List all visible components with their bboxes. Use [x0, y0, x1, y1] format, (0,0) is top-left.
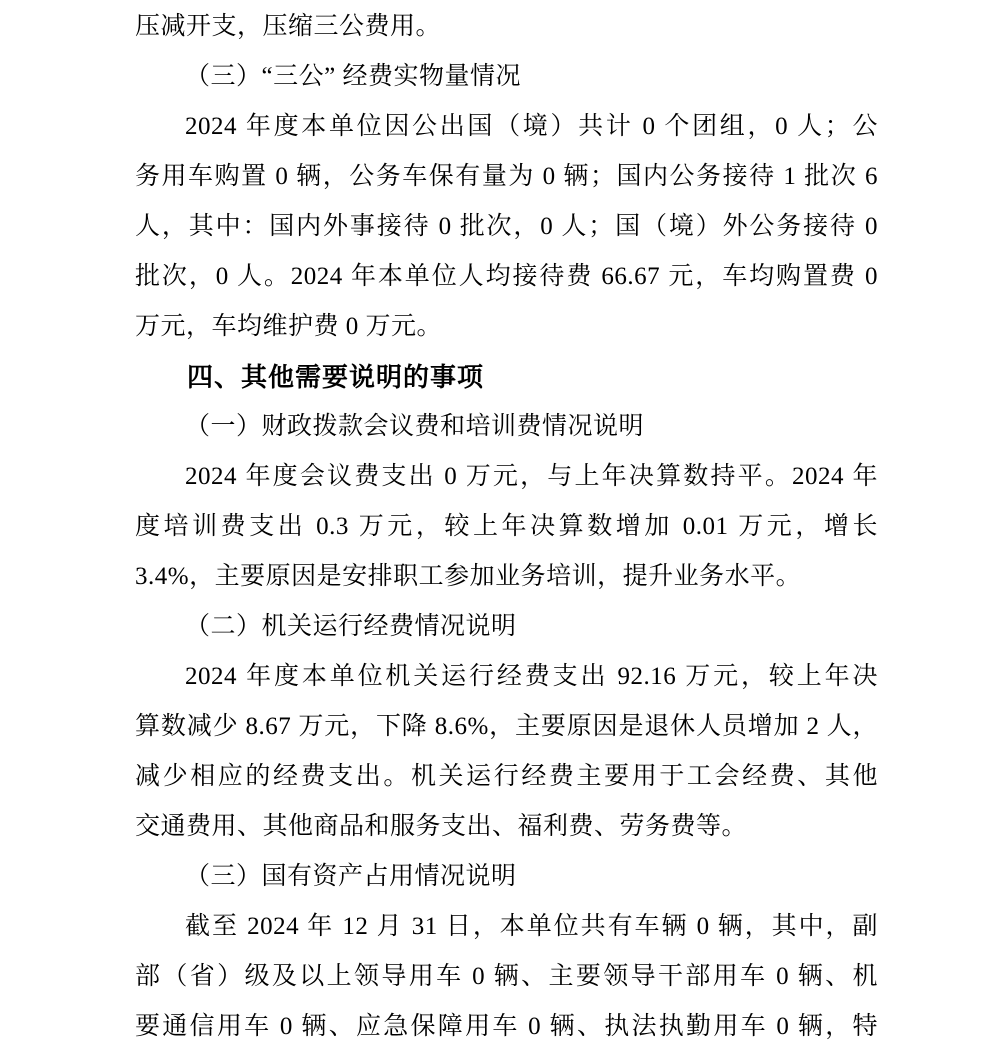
subsection-heading-agency-operating-funds: （二）机关运行经费情况说明	[135, 602, 878, 652]
document-page: 压减开支，压缩三公费用。 （三）“三公” 经费实物量情况 2024 年度本单位因…	[0, 0, 1000, 1059]
body-text-line: 度培训费支出 0.3 万元，较上年决算数增加 0.01 万元，增长	[135, 502, 878, 552]
section-heading-other-matters: 四、其他需要说明的事项	[135, 352, 878, 402]
paragraph-tail-line: 压减开支，压缩三公费用。	[135, 2, 878, 52]
document-text-block: 压减开支，压缩三公费用。 （三）“三公” 经费实物量情况 2024 年度本单位因…	[135, 2, 878, 1052]
body-text-line: 人，其中：国内外事接待 0 批次，0 人；国（境）外公务接待 0	[135, 202, 878, 252]
body-text-line: 2024 年度会议费支出 0 万元，与上年决算数持平。2024 年	[135, 452, 878, 502]
paragraph-tail-line: 万元，车均维护费 0 万元。	[135, 302, 878, 352]
body-text-line: 2024 年度本单位机关运行经费支出 92.16 万元，较上年决	[135, 652, 878, 702]
body-text-line: 批次，0 人。2024 年本单位人均接待费 66.67 元，车均购置费 0	[135, 252, 878, 302]
body-text-line: 务用车购置 0 辆，公务车保有量为 0 辆；国内公务接待 1 批次 6	[135, 152, 878, 202]
subsection-heading-meeting-training-fees: （一）财政拨款会议费和培训费情况说明	[135, 402, 878, 452]
subsection-heading-sangong-physical: （三）“三公” 经费实物量情况	[135, 52, 878, 102]
body-text-line: 减少相应的经费支出。机关运行经费主要用于工会经费、其他	[135, 752, 878, 802]
body-text-line: 要通信用车 0 辆、应急保障用车 0 辆、执法执勤用车 0 辆，特	[135, 1002, 878, 1052]
body-text-line: 算数减少 8.67 万元，下降 8.6%，主要原因是退休人员增加 2 人，	[135, 702, 878, 752]
body-text-line: 2024 年度本单位因公出国（境）共计 0 个团组，0 人；公	[135, 102, 878, 152]
paragraph-tail-line: 交通费用、其他商品和服务支出、福利费、劳务费等。	[135, 802, 878, 852]
body-text-line: 截至 2024 年 12 月 31 日，本单位共有车辆 0 辆，其中，副	[135, 902, 878, 952]
body-text-line: 部（省）级及以上领导用车 0 辆、主要领导干部用车 0 辆、机	[135, 952, 878, 1002]
paragraph-tail-line: 3.4%，主要原因是安排职工参加业务培训，提升业务水平。	[135, 552, 878, 602]
subsection-heading-state-assets: （三）国有资产占用情况说明	[135, 852, 878, 902]
